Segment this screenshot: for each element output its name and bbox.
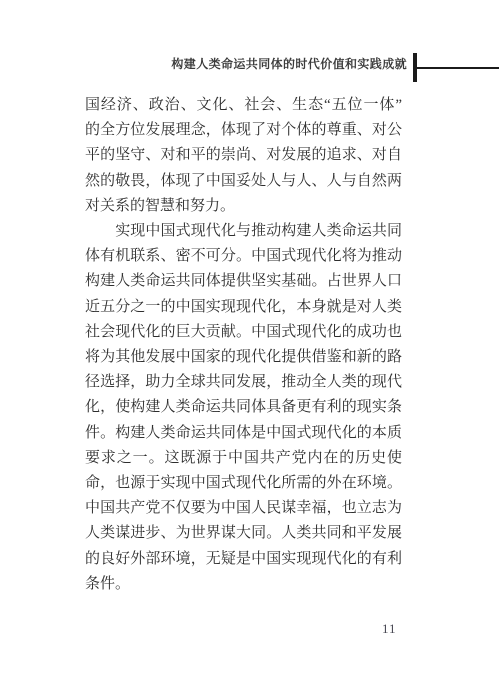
body-line: 国经济、政治、文化、社会、生态“五位一体”: [85, 93, 402, 118]
page-number: 11: [382, 620, 397, 638]
body-line: 对关系的智慧和努力。: [85, 194, 402, 219]
body-line: 径选择，助力全球共同发展，推动全人类的现代: [85, 370, 402, 395]
body-line: 人类谋进步、为世界谋大同。人类共同和平发展: [85, 521, 402, 546]
body-line: 的全方位发展理念，体现了对个体的尊重、对公: [85, 118, 402, 143]
body-line: 条件。: [85, 572, 402, 597]
body-line: 的良好外部环境，无疑是中国实现现代化的有利: [85, 547, 402, 572]
body-line: 件。构建人类命运共同体是中国式现代化的本质: [85, 421, 402, 446]
body-line: 体有机联系、密不可分。中国式现代化将为推动: [85, 244, 402, 269]
body-text-block: 国经济、政治、文化、社会、生态“五位一体”的全方位发展理念，体现了对个体的尊重、…: [85, 93, 402, 597]
book-page: 构建人类命运共同体的时代价值和实践成就 国经济、政治、文化、社会、生态“五位一体…: [0, 0, 499, 697]
body-line: 化，使构建人类命运共同体具备更有利的现实条: [85, 395, 402, 420]
body-line: 近五分之一的中国实现现代化，本身就是对人类: [85, 295, 402, 320]
header-horizontal-rule: [417, 67, 499, 69]
body-line: 社会现代化的巨大贡献。中国式现代化的成功也: [85, 320, 402, 345]
body-line: 命，也源于实现中国式现代化所需的外在环境。: [85, 471, 402, 496]
body-line: 将为其他发展中国家的现代化提供借鉴和新的路: [85, 345, 402, 370]
body-line: 平的坚守、对和平的崇尚、对发展的追求、对自: [85, 143, 402, 168]
running-head-title: 构建人类命运共同体的时代价值和实践成就: [171, 56, 407, 72]
body-line: 中国共产党不仅要为中国人民谋幸福，也立志为: [85, 496, 402, 521]
body-line: 构建人类命运共同体提供坚实基础。占世界人口: [85, 269, 402, 294]
body-line: 然的敬畏，体现了中国妥处人与人、人与自然两: [85, 169, 402, 194]
body-line: 要求之一。这既源于中国共产党内在的历史使: [85, 446, 402, 471]
body-line: 实现中国式现代化与推动构建人类命运共同: [85, 219, 402, 244]
